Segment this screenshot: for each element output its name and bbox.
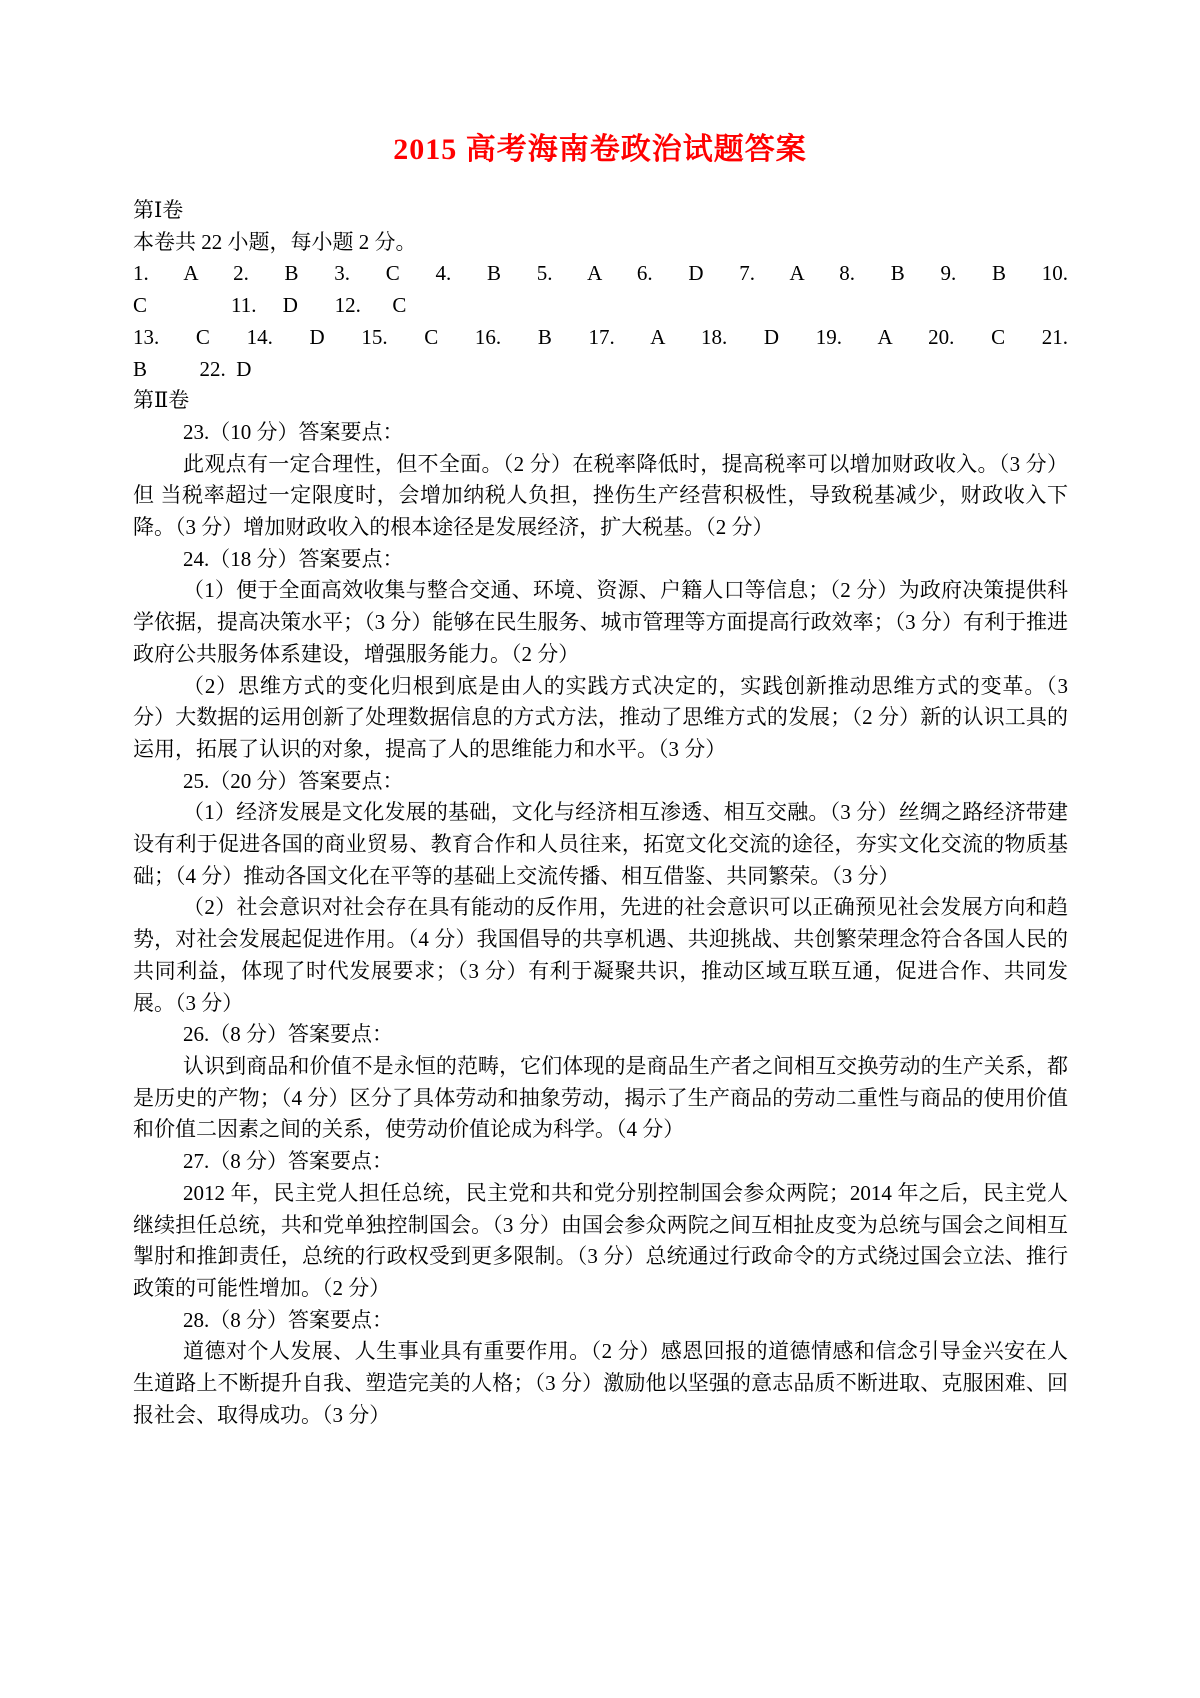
document-page: 2015 高考海南卷政治试题答案 第Ⅰ卷 本卷共 22 小题，每小题 2 分。 …	[0, 0, 1200, 1698]
question-heading: 27.（8 分）答案要点：	[133, 1146, 1068, 1178]
answer-paragraph: 认识到商品和价值不是永恒的范畴，它们体现的是商品生产者之间相互交换劳动的生产关系…	[133, 1051, 1068, 1146]
question-heading: 25.（20 分）答案要点：	[133, 766, 1068, 798]
answer-paragraph: 此观点有一定合理性，但不全面。（2 分）在税率降低时，提高税率可以增加财政收入。…	[133, 449, 1068, 544]
question-heading: 23.（10 分）答案要点：	[133, 417, 1068, 449]
answer-row: 1. A 2. B 3. C 4. B 5. A 6. D 7. A 8. B …	[133, 258, 1068, 290]
answer-paragraph: （2）思维方式的变化归根到底是由人的实践方式决定的，实践创新推动思维方式的变革。…	[133, 671, 1068, 766]
answer-key: 1. A 2. B 3. C 4. B 5. A 6. D 7. A 8. B …	[133, 258, 1068, 385]
question-heading: 26.（8 分）答案要点：	[133, 1019, 1068, 1051]
answer-paragraph: 2012 年，民主党人担任总统，民主党和共和党分别控制国会参众两院；2014 年…	[133, 1178, 1068, 1305]
question-heading: 24.（18 分）答案要点：	[133, 544, 1068, 576]
part2-items: 23.（10 分）答案要点：此观点有一定合理性，但不全面。（2 分）在税率降低时…	[133, 417, 1068, 1432]
answer-paragraph: （1）便于全面高效收集与整合交通、环境、资源、户籍人口等信息；（2 分）为政府决…	[133, 575, 1068, 670]
answer-row: 13. C 14. D 15. C 16. B 17. A 18. D 19. …	[133, 322, 1068, 354]
document-content: 第Ⅰ卷 本卷共 22 小题，每小题 2 分。 1. A 2. B 3. C 4.…	[133, 195, 1068, 1431]
part1-heading: 第Ⅰ卷	[133, 195, 1068, 227]
answer-paragraph: （2）社会意识对社会存在具有能动的反作用，先进的社会意识可以正确预见社会发展方向…	[133, 892, 1068, 1019]
part1-intro: 本卷共 22 小题，每小题 2 分。	[133, 227, 1068, 259]
answer-row: C 11. D 12. C	[133, 290, 1068, 322]
part2-heading: 第Ⅱ卷	[133, 385, 1068, 417]
question-heading: 28.（8 分）答案要点：	[133, 1305, 1068, 1337]
answer-paragraph: （1）经济发展是文化发展的基础，文化与经济相互渗透、相互交融。（3 分）丝绸之路…	[133, 797, 1068, 892]
document-title: 2015 高考海南卷政治试题答案	[0, 0, 1200, 168]
answer-row: B 22. D	[133, 354, 1068, 386]
answer-paragraph: 道德对个人发展、人生事业具有重要作用。（2 分）感恩回报的道德情感和信念引导金兴…	[133, 1336, 1068, 1431]
